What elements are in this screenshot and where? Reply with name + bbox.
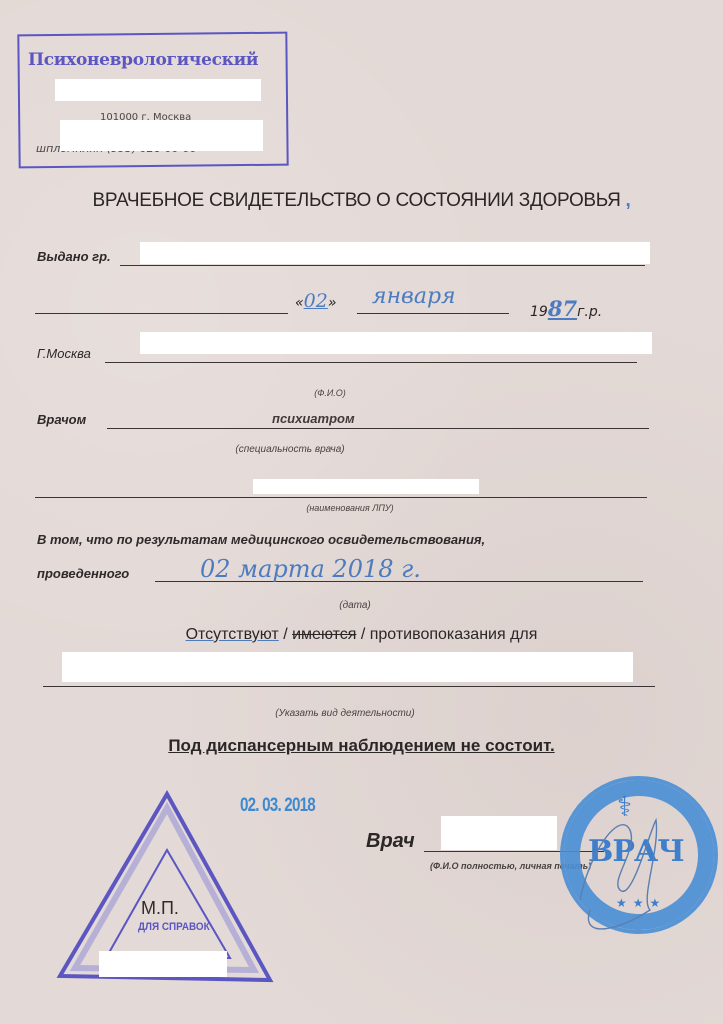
exam-date: 02 марта 2018 г. (200, 555, 421, 583)
quote-open: « (295, 295, 304, 311)
birth-year-prefix: 19 (530, 304, 548, 320)
redaction-block (253, 479, 479, 494)
birth-month-line (357, 313, 509, 314)
city-label: Г.Москва (37, 346, 91, 361)
specialty-caption: (специальность врача) (230, 444, 350, 455)
signature-scribble (560, 790, 680, 940)
activity-line (43, 686, 655, 687)
not-observed-statement: Под диспансерным наблюдением не состоит. (0, 736, 723, 756)
birth-day-field: «02» (295, 290, 336, 312)
issued-to-label: Выдано гр. (37, 249, 111, 264)
clinic-stamp-title: Психоневрологический (28, 50, 288, 70)
document-title: ВРАЧЕБНОЕ СВИДЕТЕЛЬСТВО О СОСТОЯНИИ ЗДОР… (0, 190, 723, 212)
doctor-specialty: психиатром (272, 411, 355, 426)
contraindications-line: Отсутствуют / имеются / противопоказания… (0, 626, 723, 644)
title-ink-mark: , (626, 190, 631, 211)
lpu-caption: (наименования ЛПУ) (280, 503, 420, 513)
redaction-block (62, 652, 633, 682)
contra-separator: / (279, 626, 292, 643)
date-stamp: 02. 03. 2018 (240, 795, 315, 817)
birth-day: 02 (304, 290, 328, 312)
quote-close: » (328, 295, 337, 311)
doctor-sign-label: Врач (366, 830, 415, 853)
redaction-block (60, 120, 263, 151)
birth-month: января (372, 284, 456, 309)
triangle-stamp-text: ДЛЯ СПРАВОК (138, 921, 210, 933)
birth-year-field: 1987г.р. (530, 296, 602, 321)
exam-statement: В том, что по результатам медицинского о… (37, 532, 485, 547)
conducted-label: проведенного (37, 566, 129, 581)
fio-caption: (Ф.И.О) (300, 388, 360, 398)
contra-for: / противопоказания для (356, 626, 537, 643)
lpu-line (35, 497, 647, 498)
doctor-specialty-line (107, 428, 649, 429)
redaction-block (99, 951, 227, 977)
document-title-text: ВРАЧЕБНОЕ СВИДЕТЕЛЬСТВО О СОСТОЯНИИ ЗДОР… (92, 190, 620, 211)
birth-year-suffix: 87 (548, 296, 577, 321)
redaction-block (441, 816, 557, 850)
contra-absent: Отсутствуют (186, 626, 279, 643)
redaction-block (55, 79, 261, 101)
redaction-block (140, 332, 652, 354)
birth-year-unit: г.р. (577, 304, 602, 320)
redaction-block (140, 242, 650, 264)
doctor-label: Врачом (37, 412, 86, 427)
address-line (105, 362, 637, 363)
contra-present: имеются (292, 626, 356, 643)
mp-label: М.П. (141, 898, 179, 919)
issued-to-line (120, 265, 645, 266)
date-caption: (дата) (330, 600, 380, 611)
birth-blank-line (35, 313, 288, 314)
activity-caption: (Указать вид деятельности) (250, 708, 440, 719)
